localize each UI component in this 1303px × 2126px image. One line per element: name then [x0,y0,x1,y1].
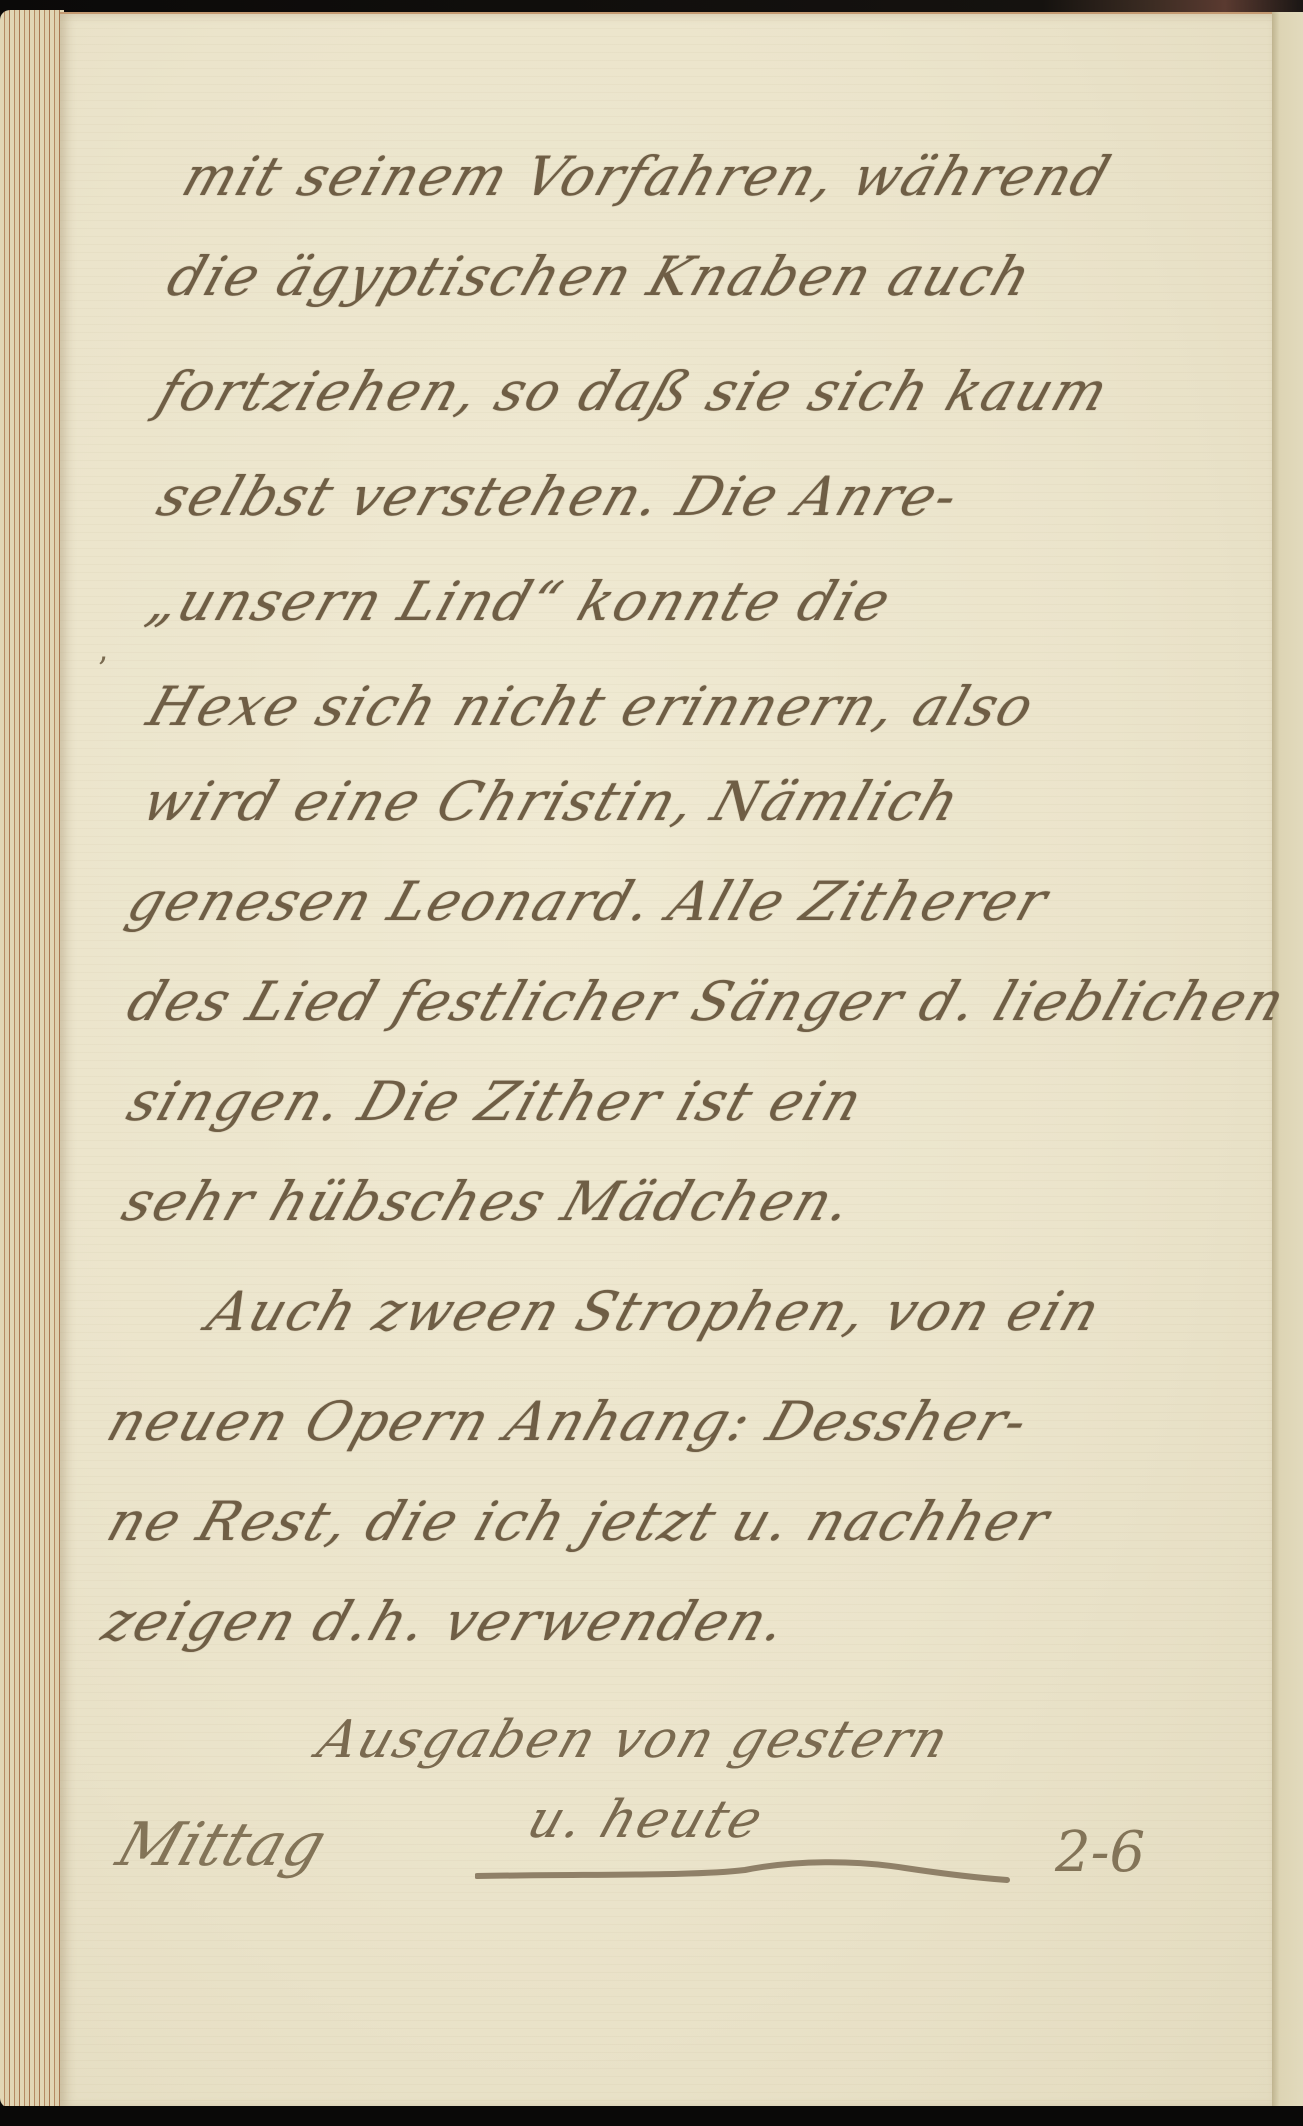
flourish-rule [475,1856,1010,1886]
manuscript-line: singen. Die Zither ist ein [121,1075,870,1129]
margin-mark: ‚ [98,630,108,668]
manuscript-line: Auch zween Strophen, von ein [201,1285,1107,1339]
manuscript-line: „unsern Lind“ konnte die [141,575,898,629]
page-stack-edges [0,10,64,2108]
manuscript-line: sehr hübsches Mädchen. [116,1175,860,1229]
signoff-line: Ausgaben von gestern [310,1710,957,1770]
manuscript-line: wird eine Christin, Nämlich [136,775,967,829]
manuscript-line: genesen Leonard. Alle Zitherer [121,875,1055,929]
manuscript-line: Hexe sich nicht erinnern, also [141,680,1041,734]
manuscript-line: neuen Opern Anhang: Dessher- [101,1395,1035,1449]
footer-entry: Mittag 2-6 [120,1810,1180,1910]
manuscript-line: die ägyptischen Knaben auch [161,250,1039,304]
manuscript-line: ne Rest, die ich jetzt u. nachher [101,1495,1057,1549]
footer-value: 2-6 [1055,1820,1145,1885]
scan-bottom-border [0,2106,1303,2126]
manuscript-line: des Lied festlicher Sänger d. lieblichen [121,975,1292,1029]
manuscript-line: selbst verstehen. Die Anre- [151,470,966,524]
facing-page-edge [1272,12,1303,2106]
manuscript-line: zeigen d.h. verwenden. [96,1595,794,1649]
manuscript-line: mit seinem Vorfahren, während [176,150,1117,204]
footer-label: Mittag [109,1810,335,1880]
manuscript-line: fortziehen, so daß sie sich kaum [151,365,1116,419]
